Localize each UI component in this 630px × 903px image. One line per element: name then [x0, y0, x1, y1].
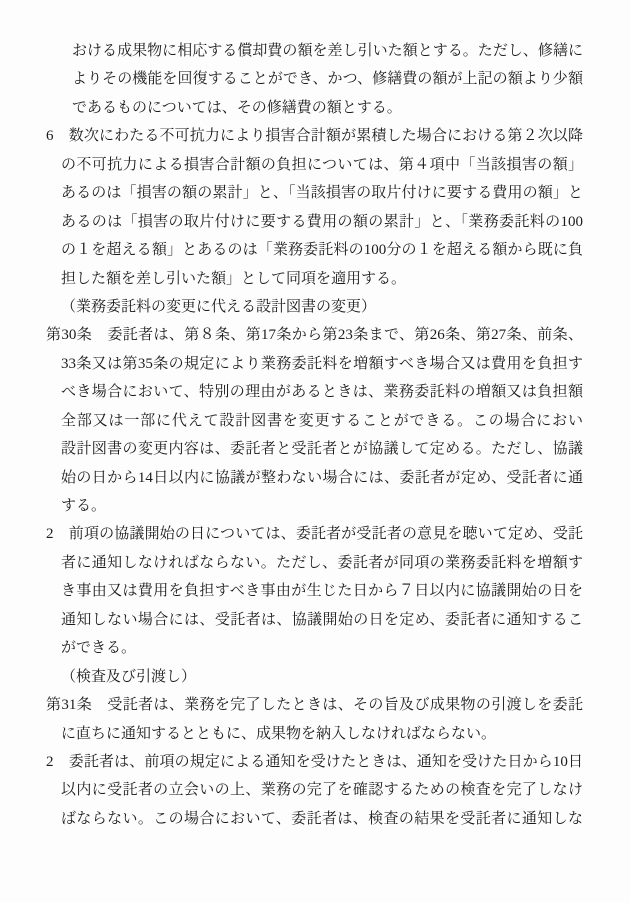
document-line: 設計図書の変更内容は、委託者と受託者とが協議して定める。ただし、協議開 [46, 435, 583, 463]
document-line: 者に通知しなければならない。ただし、委託者が同項の業務委託料を増額すべ [46, 549, 583, 577]
document-line: 以内に受託者の立会いの上、業務の完了を確認するための検査を完了しなけれ [46, 776, 583, 804]
document-line: 担した額を差し引いた額」として同項を適用する。 [46, 265, 583, 293]
document-line: 第31条 受託者は、業務を完了したときは、その旨及び成果物の引渡しを委託者 [46, 691, 583, 719]
document-text: おける成果物に相応する償却費の額を差し引いた額とする。ただし、修繕によりその機能… [46, 37, 583, 833]
document-line: べき場合において、特別の理由があるときは、業務委託料の増額又は負担額の [46, 378, 583, 406]
document-line: （検査及び引渡し） [46, 663, 583, 691]
document-line: に直ちに通知するとともに、成果物を納入しなければならない。 [46, 720, 583, 748]
carryover-item-paragraph: おける成果物に相応する償却費の額を差し引いた額とする。ただし、修繕によりその機能… [46, 37, 583, 122]
article-31-paragraph-2: 2 委託者は、前項の規定による通知を受けたときは、通知を受けた日から10日以内に… [46, 748, 583, 833]
article-30-paragraph-1: 第30条 委託者は、第８条、第17条から第23条まで、第26条、第27条、前条、… [46, 321, 583, 520]
document-line: あるのは「損害の取片付けに要する費用の額の累計」と、「業務委託料の100分 [46, 208, 583, 236]
section-heading-inspection-delivery: （検査及び引渡し） [46, 663, 583, 691]
document-line: よりその機能を回復することができ、かつ、修繕費の額が上記の額より少額 [46, 65, 583, 93]
document-line: 2 前項の協議開始の日については、委託者が受託者の意見を聴いて定め、受託 [46, 520, 583, 548]
document-line: 2 委託者は、前項の規定による通知を受けたときは、通知を受けた日から10日 [46, 748, 583, 776]
document-line: であるものについては、その修繕費の額とする。 [46, 94, 583, 122]
document-line: 始の日から14日以内に協議が整わない場合には、委託者が定め、受託者に通知 [46, 464, 583, 492]
document-line: する。 [46, 492, 583, 520]
article-31-paragraph-1: 第31条 受託者は、業務を完了したときは、その旨及び成果物の引渡しを委託者に直ち… [46, 691, 583, 748]
clause-paragraph-6: 6 数次にわたる不可抗力により損害合計額が累積した場合における第２次以降の不可抗… [46, 122, 583, 293]
document-line: の１を超える額」とあるのは「業務委託料の100分の１を超える額から既に負 [46, 236, 583, 264]
document-line: ができる。 [46, 634, 583, 662]
document-line: 第30条 委託者は、第８条、第17条から第23条まで、第26条、第27条、前条、… [46, 321, 583, 349]
document-line: 6 数次にわたる不可抗力により損害合計額が累積した場合における第２次以降 [46, 122, 583, 150]
document-line: の不可抗力による損害合計額の負担については、第４項中「当該損害の額」と [46, 151, 583, 179]
document-line: （業務委託料の変更に代える設計図書の変更） [46, 293, 583, 321]
document-line: 33条又は第35条の規定により業務委託料を増額すべき場合又は費用を負担す [46, 350, 583, 378]
section-heading-design-change: （業務委託料の変更に代える設計図書の変更） [46, 293, 583, 321]
document-line: 通知しない場合には、受託者は、協議開始の日を定め、委託者に通知すること [46, 606, 583, 634]
article-30-paragraph-2: 2 前項の協議開始の日については、委託者が受託者の意見を聴いて定め、受託者に通知… [46, 520, 583, 662]
document-line: あるのは「損害の額の累計」と、「当該損害の取片付けに要する費用の額」と [46, 179, 583, 207]
document-line: ばならない。この場合において、委託者は、検査の結果を受託者に通知しなけ [46, 805, 583, 833]
document-line: おける成果物に相応する償却費の額を差し引いた額とする。ただし、修繕に [46, 37, 583, 65]
document-line: き事由又は費用を負担すべき事由が生じた日から７日以内に協議開始の日を [46, 577, 583, 605]
document-page: おける成果物に相応する償却費の額を差し引いた額とする。ただし、修繕によりその機能… [0, 0, 630, 903]
document-line: 全部又は一部に代えて設計図書を変更することができる。この場合において、 [46, 407, 583, 435]
